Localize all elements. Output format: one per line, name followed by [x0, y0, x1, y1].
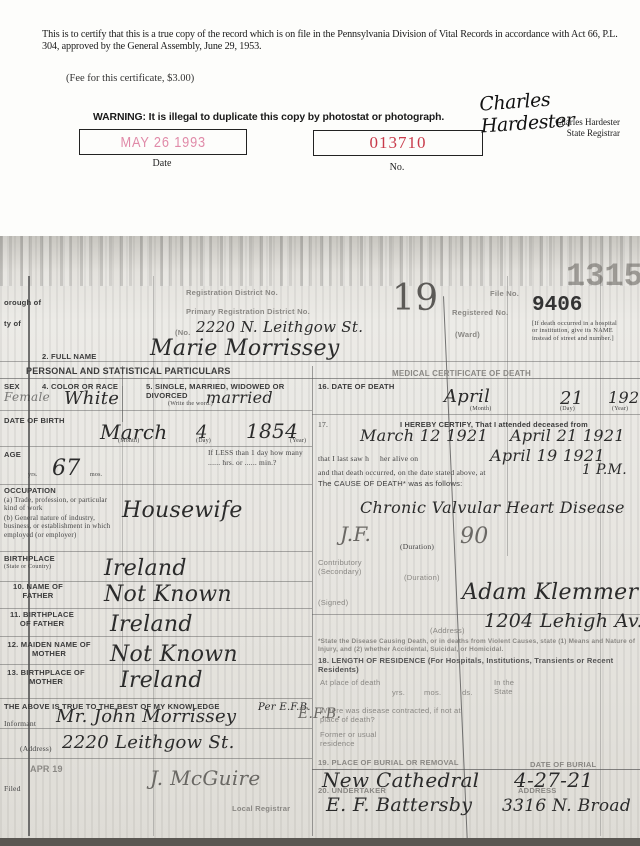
- death-year: 1921: [608, 388, 640, 407]
- mother-birthplace-label: 13. BIRTHPLACE OF MOTHER: [6, 668, 86, 686]
- attended-from: March 12 1921: [360, 426, 488, 445]
- file-number-label: File No.: [490, 289, 519, 298]
- hospital-note: [If death occurred in a hospital or inst…: [532, 320, 624, 342]
- marital-status-value: married: [206, 388, 273, 407]
- undertaker-name: E. F. Battersby: [326, 794, 472, 816]
- color-race-value: White: [64, 388, 119, 409]
- cause-footnote: *State the Disease Causing Death, or in …: [318, 638, 638, 654]
- burial-place-label: 19. PLACE OF BURIAL OR REMOVAL: [318, 758, 459, 767]
- occupation-sub-b: (b) General nature of industry, business…: [4, 514, 116, 539]
- date-of-birth-label: DATE OF BIRTH: [4, 416, 65, 425]
- length-of-residence-label: 18. LENGTH OF RESIDENCE (For Hospitals, …: [318, 656, 640, 674]
- registrar-block: Charles Hardester State Registrar: [540, 117, 620, 139]
- age-mos-caption: mos.: [90, 472, 102, 478]
- signed-label: (Signed): [318, 598, 348, 607]
- age-value: 67: [52, 456, 81, 481]
- ward-label: (Ward): [455, 330, 480, 339]
- physician-address: 1204 Lehigh Av.: [484, 610, 640, 632]
- in-state-label: In the State: [494, 678, 528, 696]
- age-yrs-caption: yrs.: [28, 472, 38, 478]
- father-name-value: Not Known: [104, 582, 232, 607]
- death-certificate-scan: Registration District No. Primary Regist…: [0, 236, 640, 846]
- residence-ds: ds.: [462, 688, 473, 697]
- medical-section-title: MEDICAL CERTIFICATE OF DEATH: [392, 369, 531, 378]
- former-residence-label: Former or usual residence: [320, 730, 410, 748]
- death-occurred-text: and that death occurred, on the date sta…: [318, 468, 486, 477]
- informant-label: Informant: [4, 719, 36, 728]
- registered-number-label: Registered No.: [452, 308, 508, 317]
- primary-registration-district-label: Primary Registration District No.: [186, 307, 310, 316]
- physician-signature: Adam Klemmer: [462, 580, 638, 605]
- item-17-number: 17.: [318, 420, 328, 429]
- death-year-caption: (Year): [612, 406, 628, 412]
- attended-to: April 21 1921: [510, 426, 625, 445]
- informant-address-label: (Address): [20, 744, 52, 753]
- less-than-day-note: If LESS than 1 day how many ...... hrs. …: [208, 448, 308, 468]
- certificate-number: 013710: [370, 133, 427, 153]
- cause-of-death-label: The CAUSE OF DEATH* was as follows:: [318, 479, 462, 488]
- father-name-label: 10. NAME OF FATHER: [6, 582, 70, 600]
- disease-contracted-label: Where was disease contracted, if not at …: [320, 706, 470, 724]
- street-address: 2220 N. Leithgow St.: [196, 318, 363, 336]
- mother-maiden-name-label: 12. MAIDEN NAME OF MOTHER: [6, 640, 92, 658]
- scan-header-smear: [0, 236, 640, 286]
- certification-statement: This is to certify that this is a true c…: [42, 29, 632, 53]
- scan-bottom-edge: [0, 838, 640, 846]
- full-name-value: Marie Morrissey: [150, 336, 340, 361]
- date-stamp: MAY 26 1993: [120, 134, 205, 151]
- number-caption: No.: [313, 162, 481, 173]
- birth-month-caption: (Month): [118, 438, 139, 444]
- birthplace-sub: (State or Country): [4, 564, 51, 570]
- registration-district-label: Registration District No.: [186, 288, 278, 297]
- registrar-title: State Registrar: [540, 128, 620, 139]
- city-label: ty of: [4, 319, 21, 328]
- informant-address: 2220 Leithgow St.: [62, 732, 235, 753]
- registrar-name: Charles Hardester: [540, 117, 620, 128]
- date-of-death-label: 16. DATE OF DEATH: [318, 382, 395, 391]
- number-stamp-box: 013710: [313, 130, 483, 156]
- death-month: April: [444, 386, 490, 407]
- birthplace-label: BIRTHPLACE: [4, 554, 55, 563]
- residence-yrs: yrs.: [392, 688, 405, 697]
- occupation-label: OCCUPATION: [4, 486, 56, 495]
- duration-label: (Duration): [400, 542, 434, 551]
- undertaker-address: 3316 N. Broad: [502, 796, 631, 816]
- local-registrar-label: Local Registrar: [232, 804, 290, 813]
- handwritten-district-number: 19: [392, 278, 438, 319]
- at-place-label: At place of death: [320, 678, 380, 687]
- mother-maiden-name-value: Not Known: [110, 642, 238, 667]
- physician-address-label: (Address): [430, 626, 465, 635]
- duplication-warning: WARNING: It is illegal to duplicate this…: [93, 112, 444, 123]
- local-registrar-signature: J. McGuire: [150, 766, 261, 790]
- personal-section-title: PERSONAL AND STATISTICAL PARTICULARS: [26, 366, 231, 376]
- date-stamp-box: MAY 26 1993: [79, 129, 247, 155]
- date-caption: Date: [79, 158, 245, 169]
- borough-label: orough of: [4, 298, 41, 307]
- cause-of-death: Chronic Valvular Heart Disease: [360, 498, 625, 517]
- duration-value: 90: [460, 524, 489, 549]
- father-birthplace-value: Ireland: [110, 612, 193, 637]
- last-saw-alive: her alive on: [380, 454, 418, 463]
- filed-label: Filed: [4, 784, 21, 793]
- full-name-label: 2. FULL NAME: [42, 352, 97, 361]
- cause-initials: J.F.: [340, 522, 371, 546]
- certificate-fee: (Fee for this certificate, $3.00): [66, 73, 194, 84]
- birth-year-caption: (Year): [290, 438, 306, 444]
- file-number: 13150: [566, 258, 640, 295]
- age-label: AGE: [4, 450, 21, 459]
- last-saw-label: that I last saw h: [318, 454, 369, 463]
- time-of-death: 1 P.M.: [582, 462, 627, 478]
- registered-number: 9406: [532, 294, 582, 317]
- death-month-caption: (Month): [470, 406, 491, 412]
- filed-date: APR 19: [30, 764, 63, 774]
- father-birthplace-label: 11. BIRTHPLACE OF FATHER: [6, 610, 78, 628]
- occupation-sub-a: (a) Trade, profession, or particular kin…: [4, 496, 116, 513]
- contributory-label: Contributory (Secondary): [318, 558, 388, 576]
- undertaker-address-label: ADDRESS: [518, 786, 557, 795]
- residence-initials: E.F.B.: [298, 706, 341, 722]
- occupation-value: Housewife: [122, 498, 243, 523]
- contributory-duration-label: (Duration): [404, 573, 440, 582]
- birthplace-value: Ireland: [104, 556, 187, 581]
- birth-day-caption: (Day): [196, 438, 211, 444]
- sex-value: Female: [4, 390, 50, 404]
- informant-value: Mr. John Morrissey: [56, 706, 236, 727]
- mother-birthplace-value: Ireland: [120, 668, 203, 693]
- residence-mos: mos.: [424, 688, 441, 697]
- death-day-caption: (Day): [560, 406, 575, 412]
